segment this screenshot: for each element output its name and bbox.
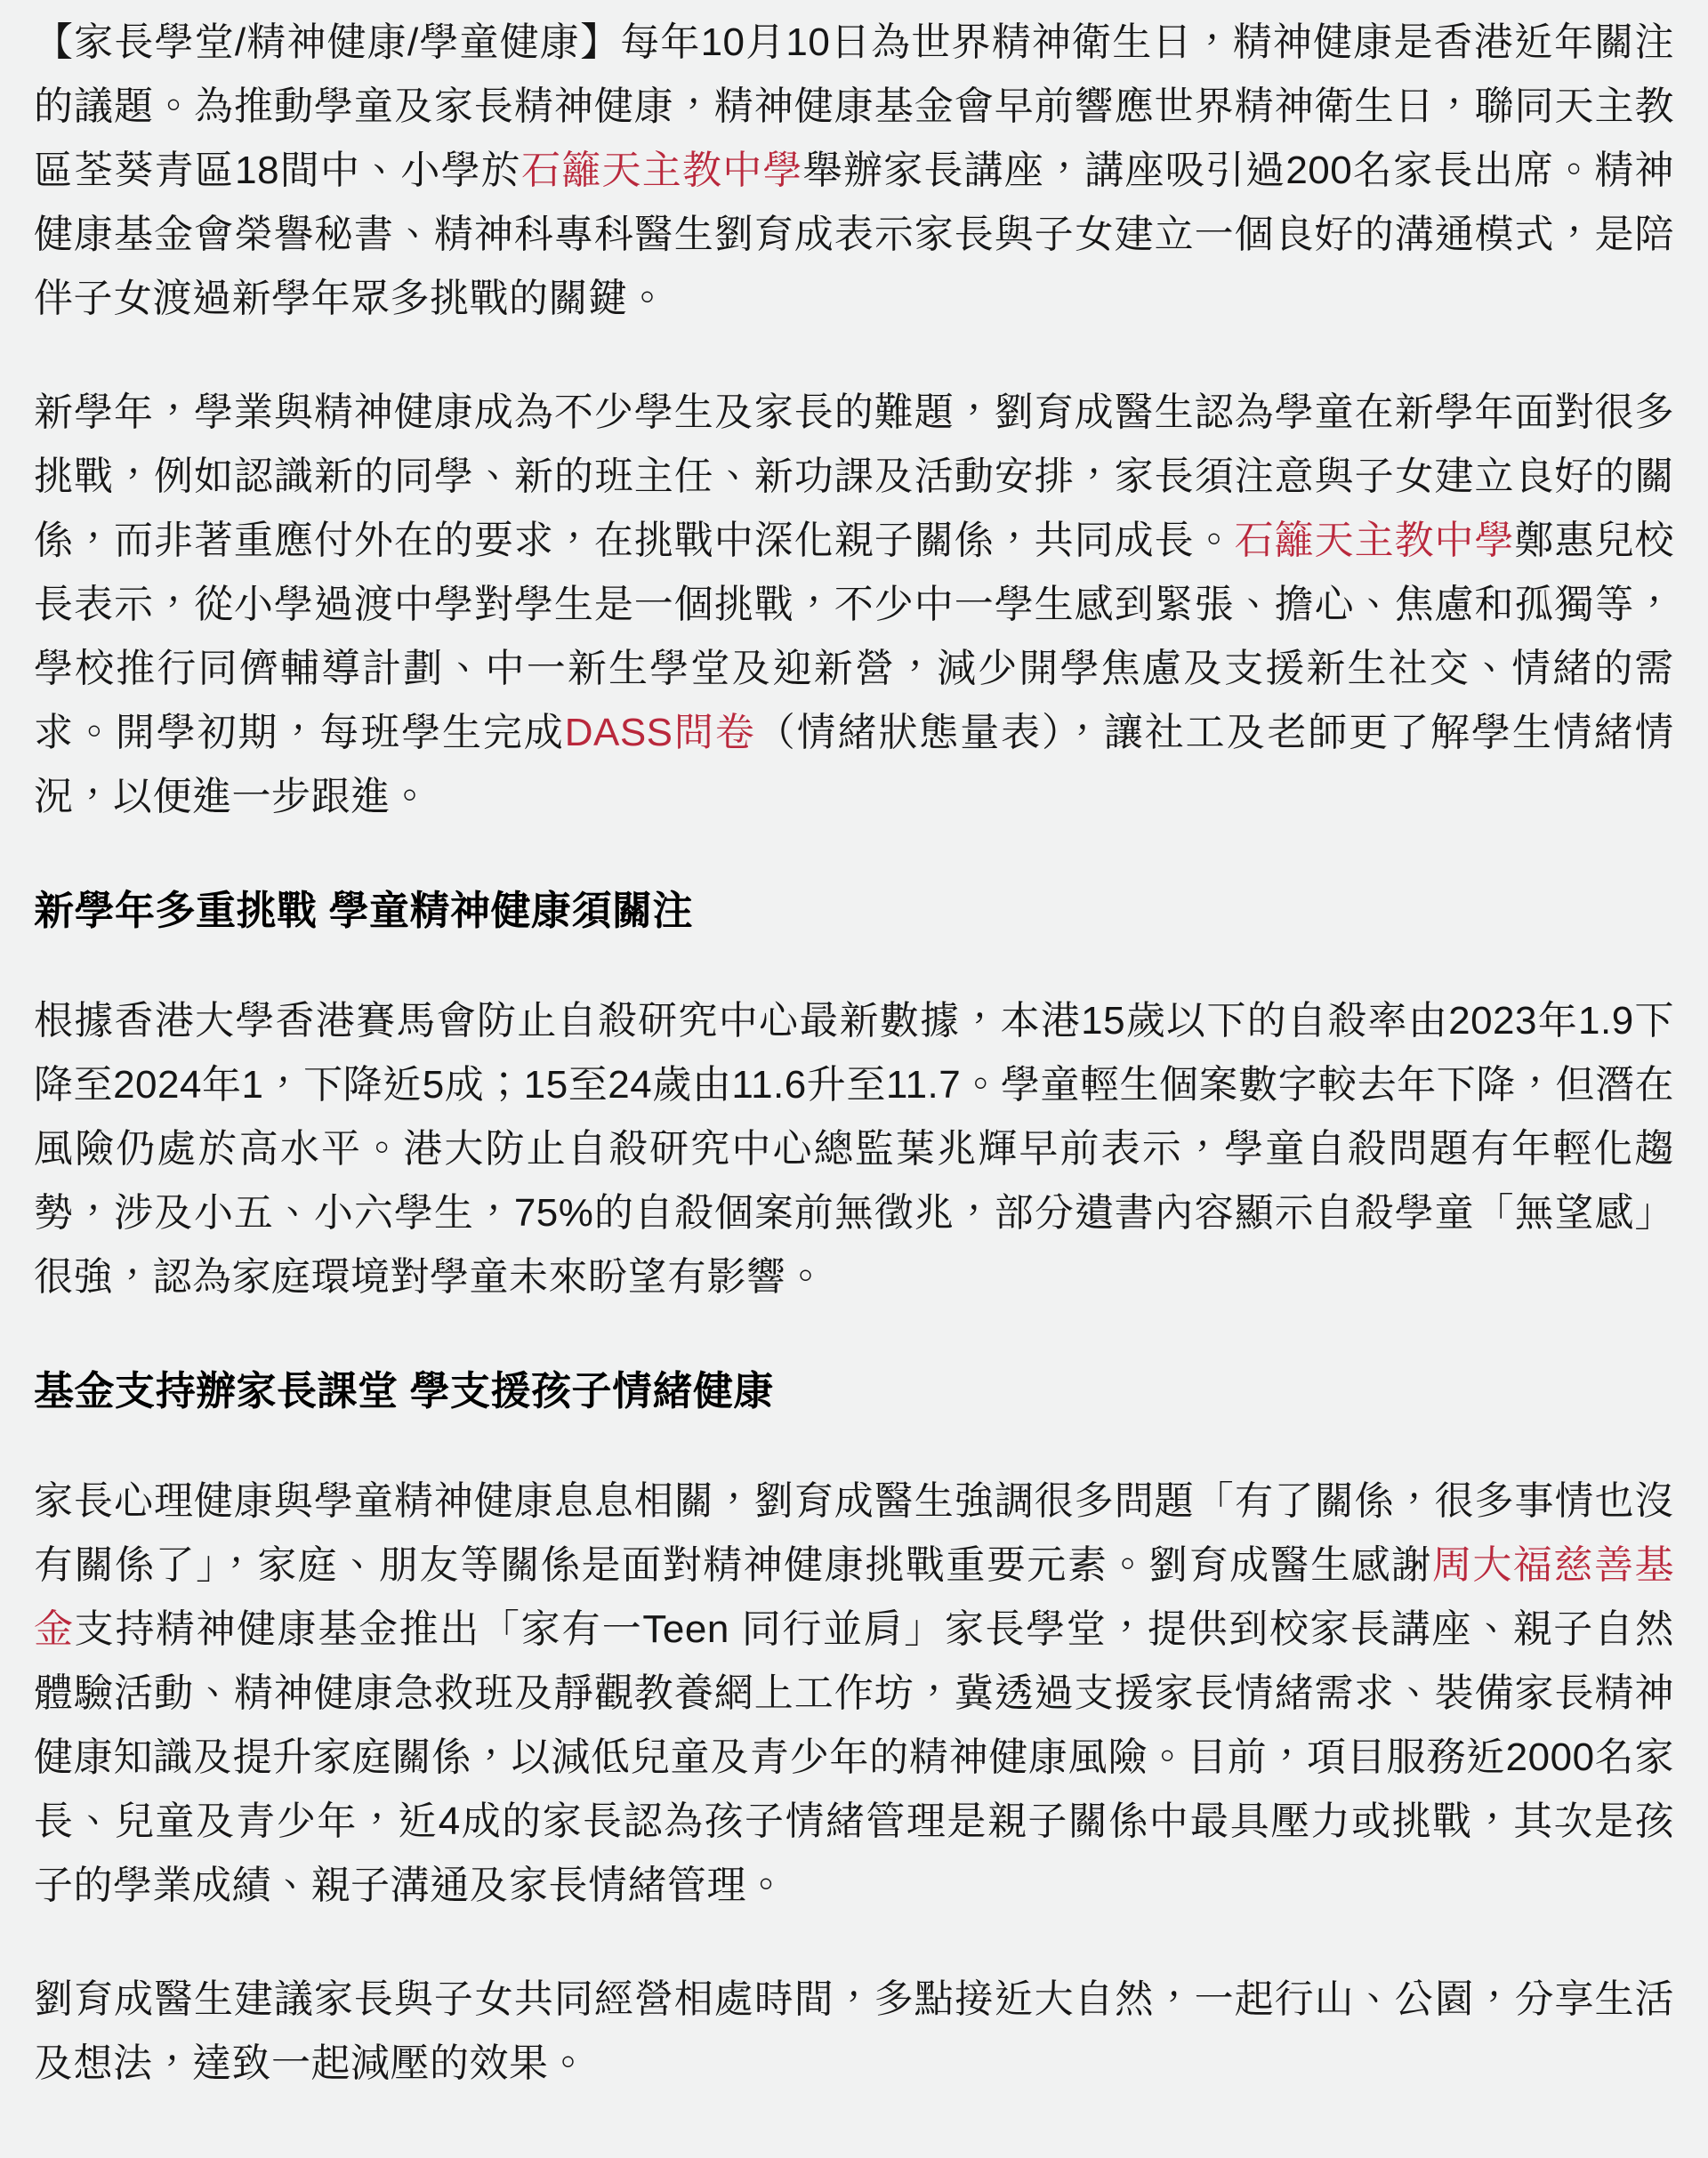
text-segment: 劉育成醫生建議家長與子女共同經營相處時間，多點接近大自然，一起行山、公園，分享生… [34, 1977, 1674, 2085]
text-segment: 支持精神健康基金推出「家有一Teen 同行並肩」家長學堂，提供到校家長講座、親子… [34, 1607, 1674, 1907]
text-segment: 家長心理健康與學童精神健康息息相關，劉育成醫生強調很多問題「有了關係，很多事情也… [34, 1479, 1674, 1587]
inline-link[interactable]: DASS問卷 [565, 711, 756, 754]
section-heading: 基金支持辦家長課堂 學支援孩子情緒健康 [34, 1359, 1674, 1423]
paragraph: 家長心理健康與學童精神健康息息相關，劉育成醫生強調很多問題「有了關係，很多事情也… [34, 1470, 1674, 1918]
text-segment: 根據香港大學香港賽馬會防止自殺研究中心最新數據，本港15歲以下的自殺率由2023… [34, 999, 1674, 1299]
paragraph: 新學年，學業與精神健康成為不少學生及家長的難題，劉育成醫生認為學童在新學年面對很… [34, 381, 1674, 829]
paragraph: 劉育成醫生建議家長與子女共同經營相處時間，多點接近大自然，一起行山、公園，分享生… [34, 1968, 1674, 2096]
inline-link[interactable]: 石籬天主教中學 [521, 149, 803, 192]
section-heading: 新學年多重挑戰 學童精神健康須關注 [34, 879, 1674, 943]
article-page: { "page": { "background": "#f1f2f2" }, "… [0, 0, 1708, 2158]
paragraph: 【家長學堂/精神健康/學童健康】每年10月10日為世界精神衛生日，精神健康是香港… [34, 11, 1674, 331]
article-body: 【家長學堂/精神健康/學童健康】每年10月10日為世界精神衛生日，精神健康是香港… [34, 11, 1674, 2096]
paragraph: 根據香港大學香港賽馬會防止自殺研究中心最新數據，本港15歲以下的自殺率由2023… [34, 989, 1674, 1309]
text-segment: 新學年多重挑戰 學童精神健康須關注 [34, 888, 693, 933]
text-segment: 基金支持辦家長課堂 學支援孩子情緒健康 [34, 1368, 774, 1413]
inline-link[interactable]: 石籬天主教中學 [1235, 519, 1515, 562]
